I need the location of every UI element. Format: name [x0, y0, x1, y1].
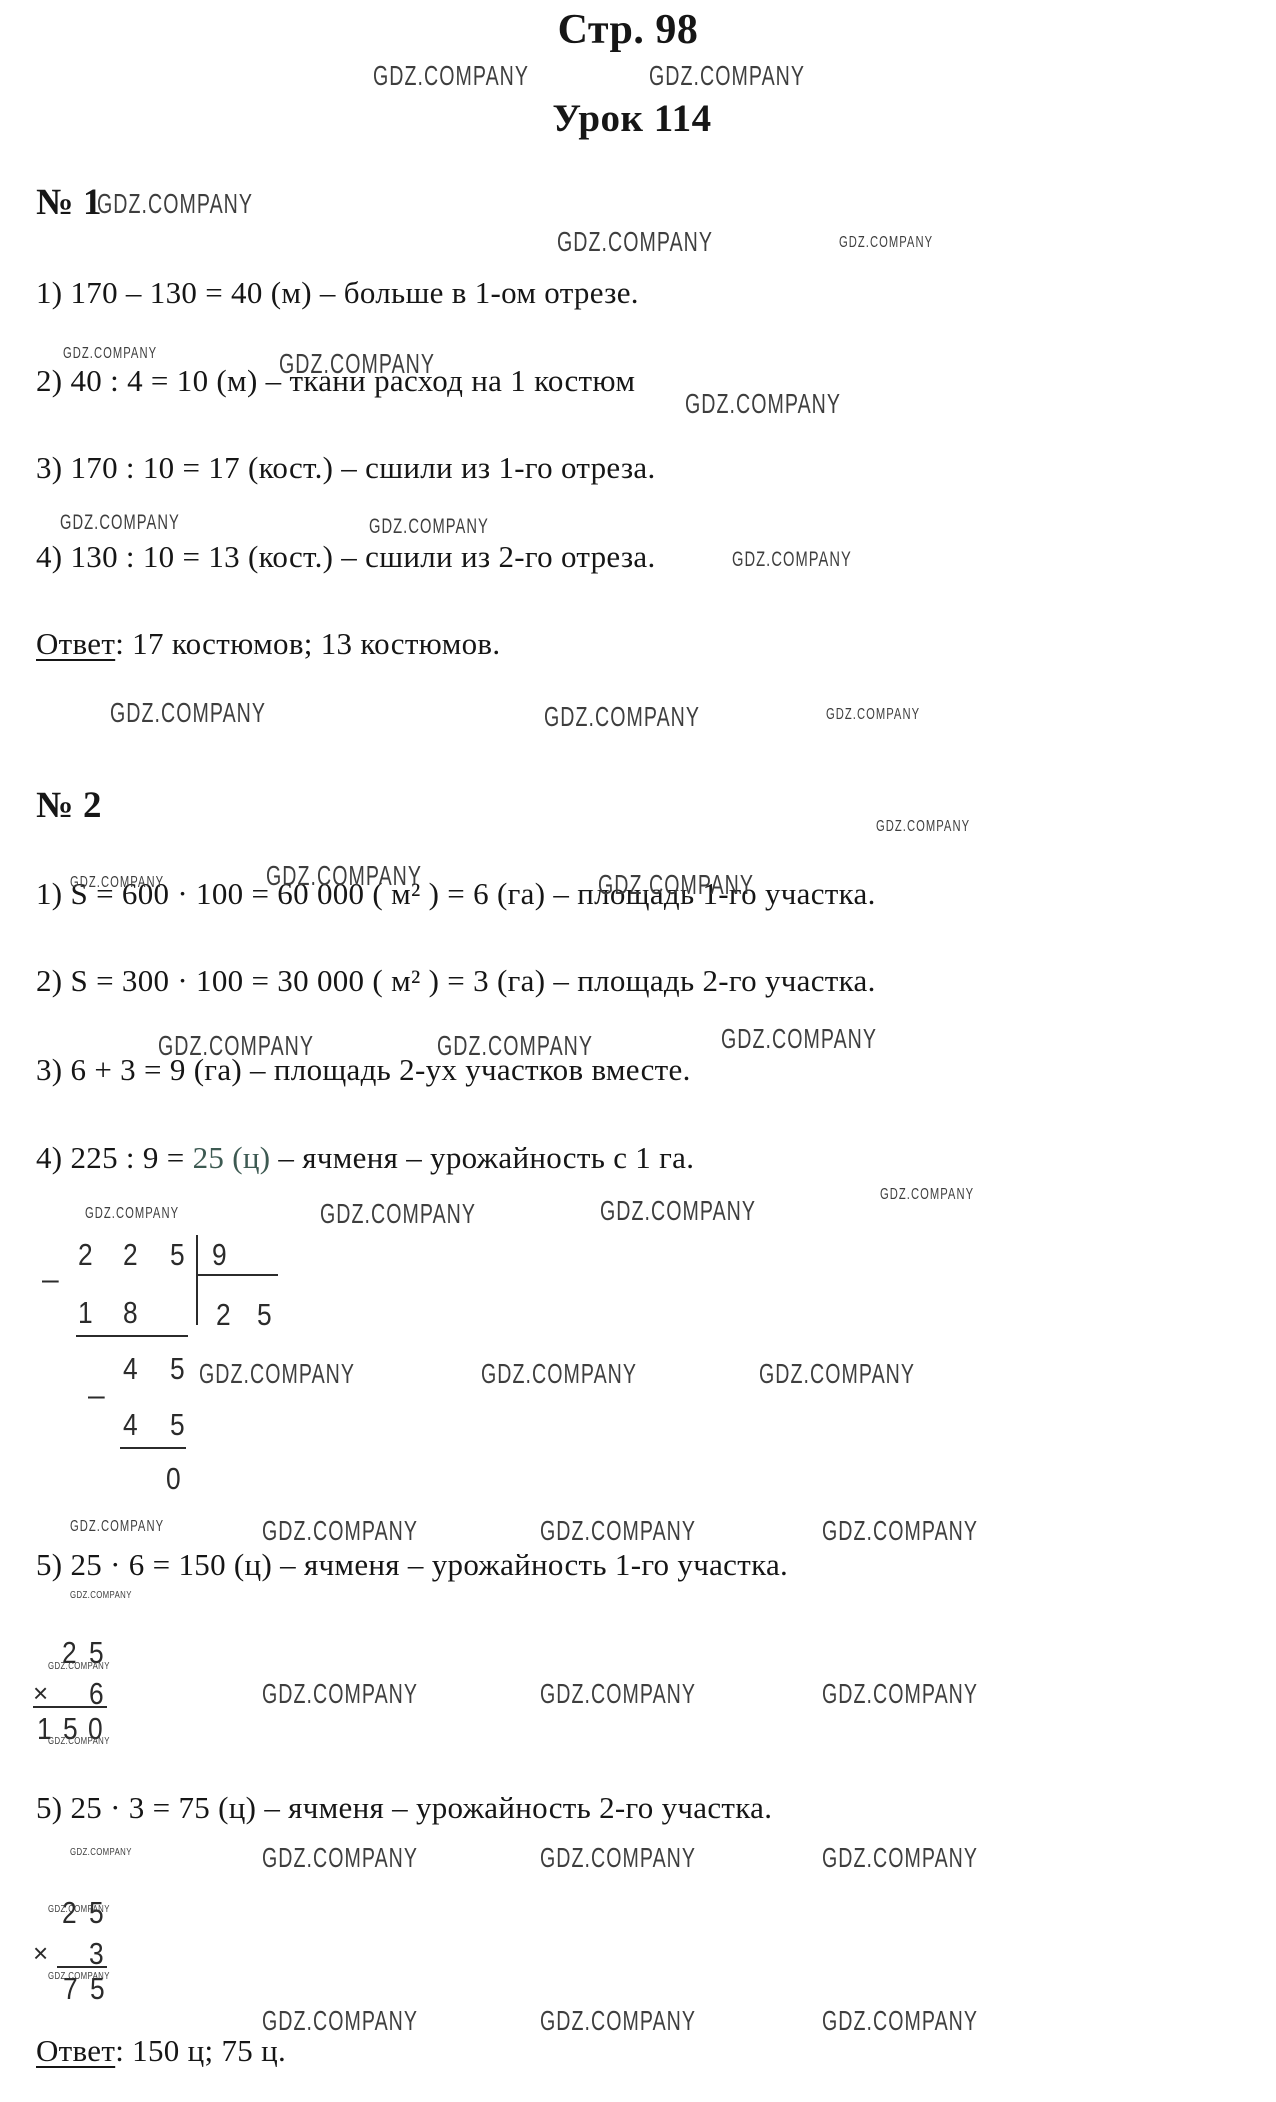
watermark-text: GDZ.COMPANY [48, 1905, 110, 1915]
answer-text: : 150 ц; 75 ц. [115, 2033, 286, 2068]
division-digit: 1 [78, 1297, 93, 1328]
division-divisor: 9 [212, 1239, 227, 1270]
watermark-text: GDZ.COMPANY [880, 1187, 974, 1203]
watermark-text: GDZ.COMPANY [63, 346, 157, 362]
division-digit: 2 [123, 1239, 138, 1270]
watermark-text: GDZ.COMPANY [649, 62, 805, 90]
watermark-text: GDZ.COMPANY [839, 235, 933, 251]
watermark-text: GDZ.COMPANY [685, 390, 841, 418]
watermark-text: GDZ.COMPANY [48, 1662, 110, 1672]
mult-factor: 3 [89, 1938, 104, 1969]
watermark-text: GDZ.COMPANY [70, 1519, 164, 1535]
mult-factor: 6 [89, 1678, 104, 1709]
division-digit: 4 [123, 1409, 138, 1440]
task2-line-2: 2) S = 300 · 100 = 30 000 ( м² ) = 3 (га… [36, 963, 876, 999]
division-remainder: 0 [166, 1463, 181, 1494]
watermark-text: GDZ.COMPANY [262, 1844, 418, 1872]
watermark-text: GDZ.COMPANY [540, 2007, 696, 2035]
watermark-text: GDZ.COMPANY [437, 1032, 593, 1060]
answer-label: Ответ [36, 2033, 115, 2068]
task1-line-1: 1) 170 – 130 = 40 (м) – больше в 1-ом от… [36, 275, 639, 311]
mult-rule [33, 1706, 107, 1708]
watermark-text: GDZ.COMPANY [876, 819, 970, 835]
division-digit: 5 [170, 1239, 185, 1270]
watermark-text: GDZ.COMPANY [557, 228, 713, 256]
division-digit: 5 [170, 1409, 185, 1440]
task2-line-5a: 5) 25 · 6 = 150 (ц) – ячменя – урожайнос… [36, 1547, 788, 1583]
answer-label: Ответ [36, 626, 115, 661]
column-multiplication-1: 2 5 × 6 1 5 0 [33, 1637, 173, 1752]
watermark-text: GDZ.COMPANY [540, 1517, 696, 1545]
task2-line-5b: 5) 25 · 3 = 75 (ц) – ячменя – урожайност… [36, 1790, 772, 1826]
task1-line-4: 4) 130 : 10 = 13 (кост.) – сшили из 2-го… [36, 539, 656, 575]
watermark-text: GDZ.COMPANY [373, 62, 529, 90]
task2-line-4: 4) 225 : 9 = 25 (ц) – ячменя – урожайнос… [36, 1140, 694, 1176]
watermark-text: GDZ.COMPANY [540, 1680, 696, 1708]
minus-sign: – [42, 1265, 59, 1295]
watermark-text: GDZ.COMPANY [822, 1844, 978, 1872]
watermark-text: GDZ.COMPANY [70, 875, 164, 891]
line4-pre: 4) 225 : 9 = [36, 1140, 193, 1175]
watermark-text: GDZ.COMPANY [732, 549, 852, 570]
watermark-text: GDZ.COMPANY [481, 1360, 637, 1388]
watermark-text: GDZ.COMPANY [279, 350, 435, 378]
minus-sign: – [88, 1381, 105, 1411]
watermark-text: GDZ.COMPANY [97, 190, 253, 218]
watermark-text: GDZ.COMPANY [158, 1032, 314, 1060]
worksheet-page: Стр. 98 Урок 114 № 1 1) 170 – 130 = 40 (… [0, 0, 1276, 2102]
watermark-text: GDZ.COMPANY [598, 871, 754, 899]
division-quotient-digit: 5 [257, 1299, 272, 1330]
watermark-text: GDZ.COMPANY [262, 1517, 418, 1545]
division-bracket-vertical [196, 1235, 198, 1325]
task2-answer: Ответ: 150 ц; 75 ц. [36, 2033, 286, 2069]
task1-number: № 1 [36, 182, 102, 225]
watermark-text: GDZ.COMPANY [70, 1848, 132, 1858]
watermark-text: GDZ.COMPANY [60, 512, 180, 533]
watermark-text: GDZ.COMPANY [199, 1360, 355, 1388]
watermark-text: GDZ.COMPANY [822, 2007, 978, 2035]
multiply-sign: × [33, 1680, 48, 1706]
division-quotient-digit: 2 [216, 1299, 231, 1330]
line4-post: – ячменя – урожайность с 1 га. [270, 1140, 694, 1175]
watermark-text: GDZ.COMPANY [110, 699, 266, 727]
watermark-text: GDZ.COMPANY [320, 1200, 476, 1228]
page-title: Стр. 98 [558, 6, 699, 54]
watermark-text: GDZ.COMPANY [262, 2007, 418, 2035]
task1-answer: Ответ: 17 костюмов; 13 костюмов. [36, 626, 500, 662]
multiply-sign: × [33, 1940, 48, 1966]
watermark-text: GDZ.COMPANY [544, 703, 700, 731]
division-digit: 2 [78, 1239, 93, 1270]
watermark-text: GDZ.COMPANY [600, 1197, 756, 1225]
division-digit: 4 [123, 1353, 138, 1384]
division-digit: 5 [170, 1353, 185, 1384]
watermark-text: GDZ.COMPANY [759, 1360, 915, 1388]
watermark-text: GDZ.COMPANY [369, 516, 489, 537]
line4-highlight: 25 (ц) [193, 1140, 271, 1175]
watermark-text: GDZ.COMPANY [48, 1737, 110, 1747]
division-rule [120, 1447, 186, 1449]
watermark-text: GDZ.COMPANY [262, 1680, 418, 1708]
watermark-text: GDZ.COMPANY [822, 1517, 978, 1545]
watermark-text: GDZ.COMPANY [70, 1591, 132, 1601]
watermark-text: GDZ.COMPANY [822, 1680, 978, 1708]
division-rule [76, 1335, 188, 1337]
watermark-text: GDZ.COMPANY [85, 1206, 179, 1222]
division-bracket-horizontal [196, 1274, 278, 1276]
watermark-text: GDZ.COMPANY [721, 1025, 877, 1053]
division-digit: 8 [123, 1297, 138, 1328]
watermark-text: GDZ.COMPANY [540, 1844, 696, 1872]
answer-text: : 17 костюмов; 13 костюмов. [115, 626, 500, 661]
mult-rule [57, 1966, 107, 1968]
task1-line-3: 3) 170 : 10 = 17 (кост.) – сшили из 1-го… [36, 450, 656, 486]
watermark-text: GDZ.COMPANY [48, 1972, 110, 1982]
watermark-text: GDZ.COMPANY [826, 707, 920, 723]
watermark-text: GDZ.COMPANY [266, 862, 422, 890]
task2-number: № 2 [36, 785, 102, 828]
lesson-title: Урок 114 [552, 97, 711, 142]
